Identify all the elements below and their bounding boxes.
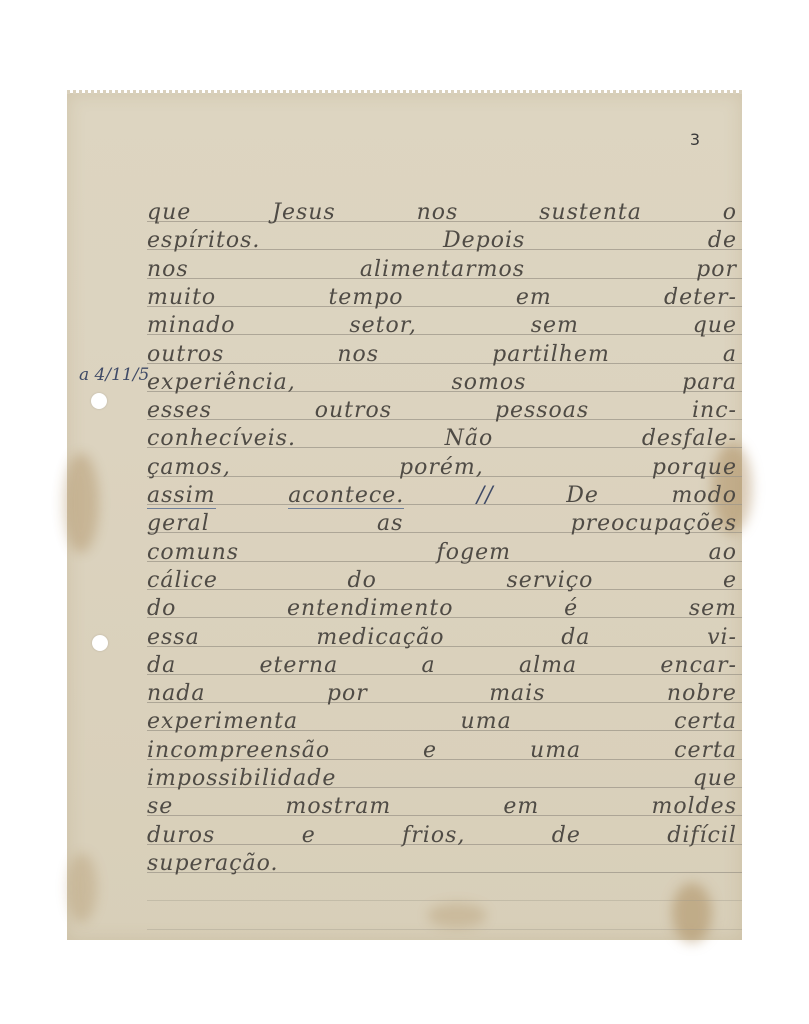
- word: experiência,: [147, 371, 296, 395]
- word: comuns: [147, 541, 239, 565]
- page-number: 3: [690, 130, 700, 149]
- text-line: comunsfogemao: [147, 541, 737, 565]
- word: preocupações: [571, 512, 737, 536]
- word: //: [477, 484, 494, 509]
- text-line: conhecíveis.Nãodesfale-: [147, 427, 737, 451]
- text-line: daeternaaalmaencar-: [147, 654, 737, 678]
- text-line: semostramemmoldes: [147, 795, 737, 819]
- text-line: geralaspreocupações: [147, 512, 737, 536]
- word: certa: [674, 710, 737, 734]
- word: somos: [451, 371, 526, 395]
- text-line: nosalimentarmospor: [147, 258, 737, 282]
- text-line: minadosetor,semque: [147, 314, 737, 338]
- word: çamos,: [147, 456, 231, 480]
- word: e: [302, 824, 316, 848]
- word: porém,: [399, 456, 484, 480]
- word: modo: [672, 484, 737, 509]
- word: difícil: [667, 824, 737, 848]
- word: alimentarmos: [360, 258, 525, 282]
- text-line: muitotempoemdeter-: [147, 286, 737, 310]
- text-line: espíritos.Depoisde: [147, 229, 737, 253]
- text-line: queJesusnossustentao: [147, 201, 737, 225]
- word: impossibilidade: [147, 767, 336, 791]
- punch-hole-top: [91, 393, 107, 409]
- word: que: [693, 767, 737, 791]
- stain-bottom-left: [67, 853, 97, 923]
- word: de: [708, 229, 737, 253]
- text-line: experimentaumacerta: [147, 710, 737, 734]
- word: tempo: [328, 286, 403, 310]
- word: experimenta: [147, 710, 298, 734]
- word: espíritos.: [147, 229, 260, 253]
- word: uma: [461, 710, 512, 734]
- word: vi-: [707, 626, 737, 650]
- word: a: [422, 654, 436, 678]
- word: da: [561, 626, 590, 650]
- stain-bottom-middle: [427, 903, 487, 928]
- word: mostram: [285, 795, 391, 819]
- word: deter-: [664, 286, 737, 310]
- word: pessoas: [495, 399, 589, 423]
- word: fogem: [437, 541, 511, 565]
- word: nobre: [667, 682, 737, 706]
- manuscript-page: 3 a 4/11/5 queJesusnossustentaoespíritos…: [67, 93, 742, 940]
- margin-note-text: a 4/11/5: [79, 365, 149, 385]
- word: serviço: [506, 569, 593, 593]
- word: minado: [147, 314, 236, 338]
- word: do: [348, 569, 377, 593]
- word: alma: [519, 654, 577, 678]
- word: conhecíveis.: [147, 427, 296, 451]
- word: que: [147, 201, 191, 225]
- word: da: [147, 654, 176, 678]
- word: o: [723, 201, 737, 225]
- stain-left-middle: [63, 453, 99, 553]
- word: e: [723, 569, 737, 593]
- word: de: [552, 824, 581, 848]
- text-line: durosefrios,dedifícil: [147, 824, 737, 848]
- text-line: outrosnospartilhema: [147, 343, 737, 367]
- margin-date-note: a 4/11/5: [79, 365, 149, 385]
- text-line: cálicedoserviçoe: [147, 569, 737, 593]
- word: esses: [147, 399, 212, 423]
- text-line: assimacontece.//Demodo: [147, 484, 737, 509]
- word: desfale-: [642, 427, 737, 451]
- word: certa: [674, 739, 737, 763]
- word: por: [696, 258, 737, 282]
- word: inc-: [692, 399, 737, 423]
- word: uma: [530, 739, 581, 763]
- word: mais: [489, 682, 545, 706]
- word: essa: [147, 626, 200, 650]
- text-line: essesoutrospessoasinc-: [147, 399, 737, 423]
- word: acontece.: [288, 484, 404, 509]
- word: sem: [531, 314, 579, 338]
- word: entendimento: [287, 597, 453, 621]
- word: nos: [417, 201, 459, 225]
- word: nos: [147, 258, 189, 282]
- word: encar-: [660, 654, 737, 678]
- word: duros: [147, 824, 215, 848]
- text-line: incompreensãoeumacerta: [147, 739, 737, 763]
- word: frios,: [402, 824, 465, 848]
- word: porque: [652, 456, 737, 480]
- word: moldes: [651, 795, 737, 819]
- text-line: impossibilidadeque: [147, 767, 737, 791]
- word: que: [693, 314, 737, 338]
- word: cálice: [147, 569, 218, 593]
- word: geral: [147, 512, 210, 536]
- word: nada: [147, 682, 205, 706]
- text-line: doentendimentoésem: [147, 597, 737, 621]
- word: outros: [315, 399, 392, 423]
- text-line: nadapormaisnobre: [147, 682, 737, 706]
- word: por: [327, 682, 368, 706]
- stain-bottom-right: [672, 883, 712, 943]
- text-line: essamedicaçãodavi-: [147, 626, 737, 650]
- word: partilhem: [492, 343, 610, 367]
- word: Jesus: [272, 201, 336, 225]
- word: outros: [147, 343, 224, 367]
- word: assim: [147, 484, 216, 509]
- word: e: [423, 739, 437, 763]
- word: ao: [709, 541, 737, 565]
- word: incompreensão: [147, 739, 330, 763]
- word: muito: [147, 286, 216, 310]
- word: sustenta: [539, 201, 642, 225]
- text-line: çamos,porém,porque: [147, 456, 737, 480]
- word: Depois: [443, 229, 525, 253]
- word: setor,: [349, 314, 417, 338]
- ruled-line: [147, 929, 742, 930]
- word: sem: [689, 597, 737, 621]
- word: nos: [337, 343, 379, 367]
- word: eterna: [260, 654, 339, 678]
- word: De: [566, 484, 599, 509]
- ruled-line: [147, 900, 742, 901]
- word: superação.: [147, 852, 278, 876]
- punch-hole-bottom: [92, 635, 108, 651]
- word: Não: [445, 427, 494, 451]
- word: as: [377, 512, 403, 536]
- word: para: [682, 371, 737, 395]
- word: é: [564, 597, 578, 621]
- word: em: [503, 795, 539, 819]
- word: a: [723, 343, 737, 367]
- text-line: superação.: [147, 852, 737, 876]
- word: se: [147, 795, 173, 819]
- word: medicação: [316, 626, 444, 650]
- word: em: [516, 286, 552, 310]
- word: do: [147, 597, 176, 621]
- text-line: experiência,somospara: [147, 371, 737, 395]
